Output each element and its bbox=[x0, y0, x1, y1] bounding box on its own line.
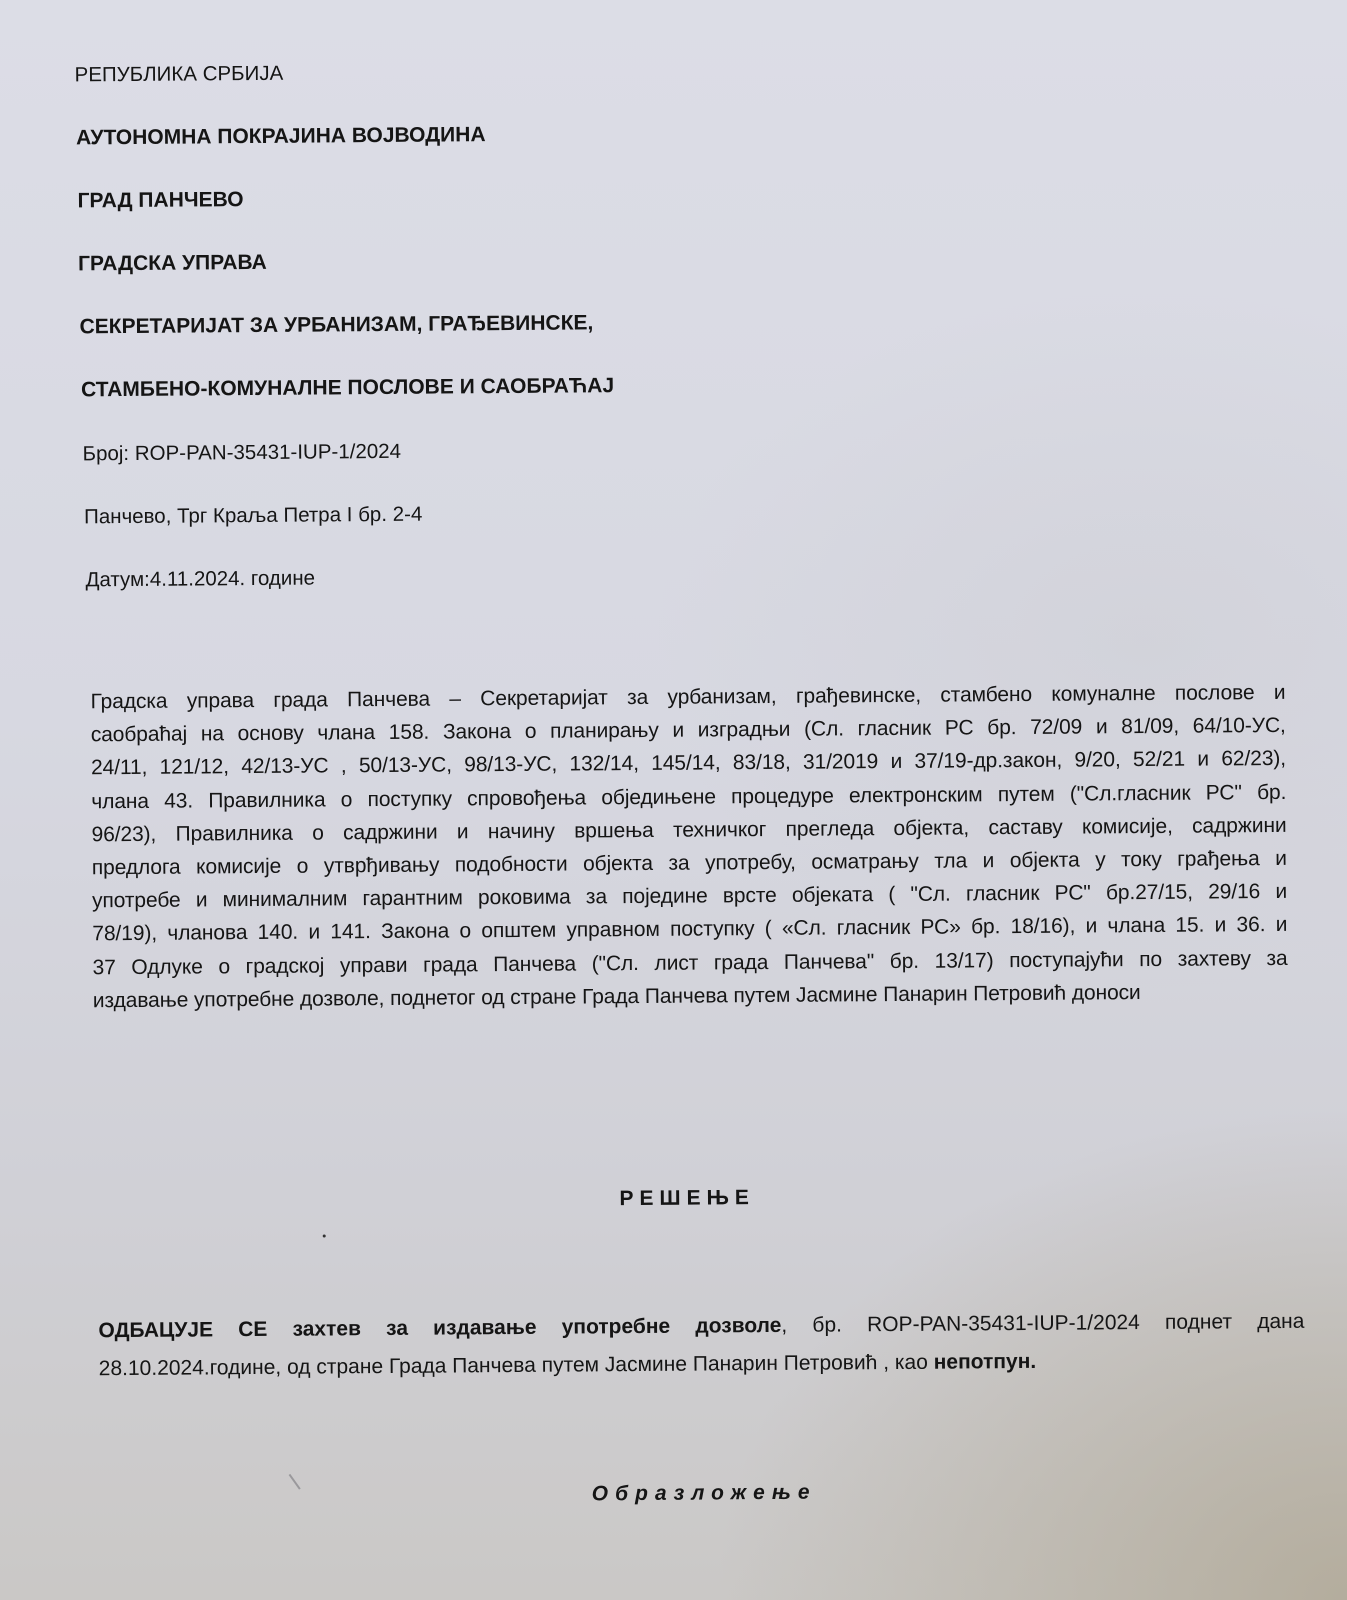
resolution-verdict: ОДБАЦУЈЕ СЕ захтев за издавање употребне… bbox=[98, 1314, 781, 1342]
preamble-paragraph: Градска управа града Панчева – Секретари… bbox=[90, 676, 1288, 1017]
resolution-paragraph: ОДБАЦУЈЕ СЕ захтев за издавање употребне… bbox=[98, 1303, 1305, 1388]
paper-crease bbox=[289, 1474, 301, 1490]
header-secretariat-line1: СЕКРЕТАРИЈАТ ЗА УРБАНИЗАМ, ГРАЂЕВИНСКЕ, bbox=[79, 311, 593, 339]
resolution-line-1-rest: , бр. ROP-PAN-35431-IUP-1/2024 поднет да… bbox=[781, 1310, 1304, 1337]
resolution-title: РЕШЕЊЕ bbox=[619, 1186, 755, 1211]
document-address: Панчево, Трг Краља Петра I бр. 2-4 bbox=[84, 503, 422, 530]
document-date: Датум:4.11.2024. године bbox=[85, 567, 315, 593]
header-city: ГРАД ПАНЧЕВО bbox=[77, 188, 243, 213]
explanation-title: Образложење bbox=[592, 1481, 817, 1507]
header-secretariat-line2: СТАМБЕНО-КОМУНАЛНЕ ПОСЛОВЕ И САОБРАЋАЈ bbox=[81, 374, 614, 402]
document-number: Број: ROP-PAN-35431-IUP-1/2024 bbox=[82, 440, 401, 467]
resolution-line-2: 28.10.2024.године, од стране Града Панче… bbox=[99, 1341, 1305, 1388]
resolution-incomplete: непотпун. bbox=[934, 1350, 1037, 1374]
document-page: РЕПУБЛИКА СРБИЈА АУТОНОМНА ПОКРАЈИНА ВОЈ… bbox=[0, 0, 1347, 1600]
stray-mark bbox=[323, 1234, 326, 1237]
resolution-line-2-text: 28.10.2024.године, од стране Града Панче… bbox=[99, 1351, 934, 1381]
header-administration: ГРАДСКА УПРАВА bbox=[78, 251, 267, 276]
header-republic: РЕПУБЛИКА СРБИЈА bbox=[75, 62, 284, 88]
header-province: АУТОНОМНА ПОКРАЈИНА ВОЈВОДИНА bbox=[76, 123, 486, 150]
